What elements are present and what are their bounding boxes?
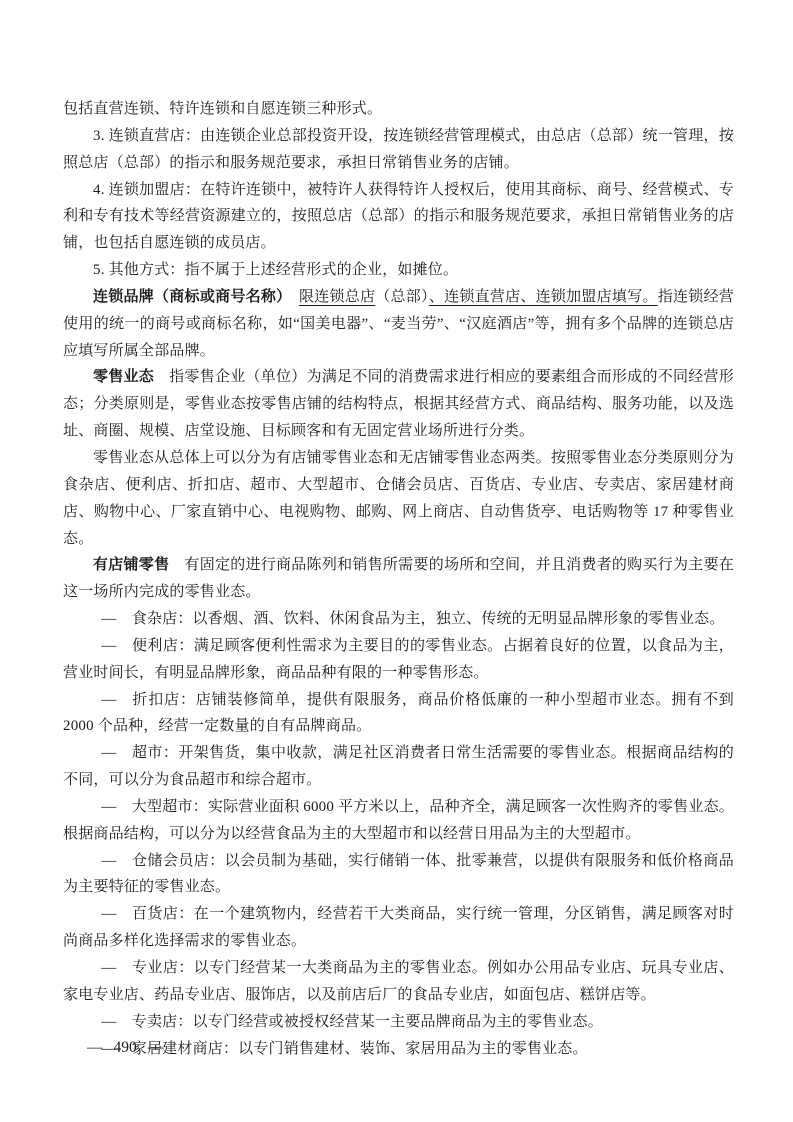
text-segment: （总部）	[375, 289, 429, 305]
text-segment: 折扣店：店铺装修简单，提供有限服务，商品价格低廉的一种小型超市业态。拥有不到 2…	[63, 692, 738, 735]
paragraph: 5. 其他方式：指不属于上述经营形式的企业，如摊位。	[63, 257, 734, 284]
paragraph: 4. 连锁加盟店：在特许连锁中，被特许人获得特许人授权后，使用其商标、商号、经营…	[63, 177, 734, 258]
text-segment: 零售业态	[93, 369, 154, 385]
list-item: —食杂店：以香烟、酒、饮料、休闲食品为主，独立、传统的无明显品牌形象的零售业态。	[63, 606, 734, 633]
dash-bullet: —	[101, 853, 116, 869]
footer-dash-left: —	[87, 1039, 103, 1056]
paragraph: 零售业态 指零售企业（单位）为满足不同的消费需求进行相应的要素组合而形成的不同经…	[63, 364, 734, 445]
dash-bullet: —	[101, 611, 116, 627]
text-segment: 零售业态从总体上可以分为有店铺零售业态和无店铺零售业态两类。按照零售业态分类原则…	[63, 450, 734, 547]
page-number: 490	[114, 1039, 137, 1056]
list-item: —大型超市：实际营业面积 6000 平方米以上，品种齐全，满足顾客一次性购齐的零…	[63, 794, 734, 848]
text-segment: 、连锁直营店、连锁加盟店填写。	[429, 289, 658, 305]
text-segment: 大型超市：实际营业面积 6000 平方米以上，品种齐全，满足顾客一次性购齐的零售…	[63, 799, 734, 842]
text-segment: 百货店：在一个建筑物内，经营若干大类商品，实行统一管理，分区销售，满足顾客对时尚…	[63, 906, 734, 949]
text-segment: 限连锁总店	[299, 289, 375, 305]
text-segment: 专卖店：以专门经营或被授权经营某一主要品牌商品为主的零售业态。	[132, 1014, 603, 1030]
list-item: —家居建材商店：以专门销售建材、装饰、家居用品为主的零售业态。	[63, 1036, 734, 1063]
document-page: 包括直营连锁、特许连锁和自愿连锁三种形式。3. 连锁直营店：由连锁企业总部投资开…	[0, 0, 793, 1122]
text-segment: 4. 连锁加盟店：在特许连锁中，被特许人获得特许人授权后，使用其商标、商号、经营…	[63, 182, 734, 252]
dash-bullet: —	[101, 960, 116, 976]
list-item: —百货店：在一个建筑物内，经营若干大类商品，实行统一管理，分区销售，满足顾客对时…	[63, 901, 734, 955]
paragraph: 3. 连锁直营店：由连锁企业总部投资开设，按连锁经营管理模式，由总店（总部）统一…	[63, 123, 734, 177]
dash-bullet: —	[101, 745, 116, 761]
dash-bullet: —	[101, 906, 116, 922]
text-segment: 仓储会员店：以会员制为基础，实行储销一体、批零兼营，以提供有限服务和低价格商品为…	[63, 853, 734, 896]
paragraph: 零售业态从总体上可以分为有店铺零售业态和无店铺零售业态两类。按照零售业态分类原则…	[63, 445, 734, 552]
text-segment: 包括直营连锁、特许连锁和自愿连锁三种形式。	[63, 101, 382, 117]
text-segment: 专业店：以专门经营某一大类商品为主的零售业态。例如办公用品专业店、玩具专业店、家…	[63, 960, 734, 1003]
text-segment: 有店铺零售	[93, 557, 169, 573]
text-segment: 便利店：满足顾客便利性需求为主要目的的零售业态。占据着良好的位置，以食品为主，营…	[63, 638, 734, 681]
document-body: 包括直营连锁、特许连锁和自愿连锁三种形式。3. 连锁直营店：由连锁企业总部投资开…	[63, 96, 734, 1062]
list-item: —仓储会员店：以会员制为基础，实行储销一体、批零兼营，以提供有限服务和低价格商品…	[63, 848, 734, 902]
list-item: —专卖店：以专门经营或被授权经营某一主要品牌商品为主的零售业态。	[63, 1009, 734, 1036]
text-segment: 5. 其他方式：指不属于上述经营形式的企业，如摊位。	[93, 262, 458, 278]
dash-bullet: —	[101, 638, 116, 654]
text-segment: 家居建材商店：以专门销售建材、装饰、家居用品为主的零售业态。	[132, 1041, 588, 1057]
text-segment	[169, 557, 184, 573]
paragraph: 连锁品牌（商标或商号名称） 限连锁总店（总部）、连锁直营店、连锁加盟店填写。指连…	[63, 284, 734, 365]
dash-bullet: —	[101, 692, 116, 708]
paragraph: 有店铺零售 有固定的进行商品陈列和销售所需要的场所和空间，并且消费者的购买行为主…	[63, 552, 734, 606]
text-segment	[154, 369, 169, 385]
list-item: —便利店：满足顾客便利性需求为主要目的的零售业态。占据着良好的位置，以食品为主，…	[63, 633, 734, 687]
text-segment	[284, 289, 299, 305]
list-item: —专业店：以专门经营某一大类商品为主的零售业态。例如办公用品专业店、玩具专业店、…	[63, 955, 734, 1009]
text-segment: 食杂店：以香烟、酒、饮料、休闲食品为主，独立、传统的无明显品牌形象的零售业态。	[132, 611, 725, 627]
text-segment: 连锁品牌（商标或商号名称）	[93, 289, 284, 305]
page-footer: —490—	[87, 1037, 163, 1059]
dash-bullet: —	[101, 799, 116, 815]
list-item: —超市：开架售货，集中收款，满足社区消费者日常生活需要的零售业态。根据商品结构的…	[63, 740, 734, 794]
text-segment: 超市：开架售货，集中收款，满足社区消费者日常生活需要的零售业态。根据商品结构的不…	[63, 745, 734, 788]
dash-bullet: —	[101, 1014, 116, 1030]
paragraph: 包括直营连锁、特许连锁和自愿连锁三种形式。	[63, 96, 734, 123]
footer-dash-right: —	[148, 1039, 164, 1056]
list-item: —折扣店：店铺装修简单，提供有限服务，商品价格低廉的一种小型超市业态。拥有不到 …	[63, 687, 734, 741]
text-segment: 3. 连锁直营店：由连锁企业总部投资开设，按连锁经营管理模式，由总店（总部）统一…	[63, 128, 734, 171]
